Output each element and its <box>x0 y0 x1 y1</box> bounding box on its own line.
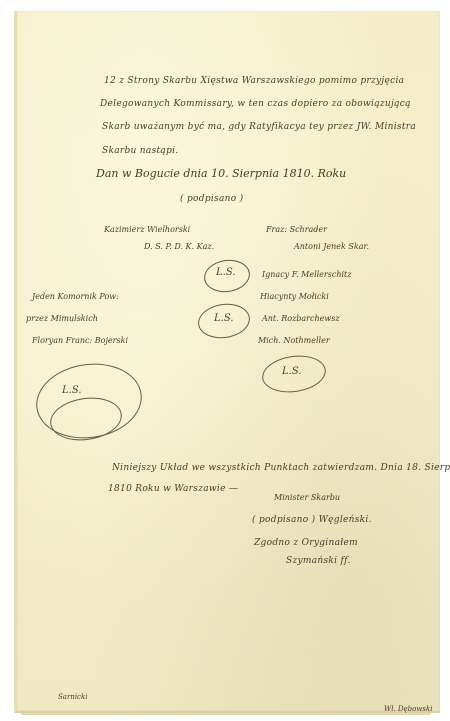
seal-label-4: L.S. <box>62 385 82 396</box>
seal-label-3: L.S. <box>282 366 302 377</box>
footer-left-signature: Sarnicki <box>58 693 87 701</box>
ratification-line-2: 1810 Roku w Warszawie — <box>108 484 238 494</box>
signatory-left-name: Kazimierz Wielhorski <box>104 225 190 234</box>
side-note-line-1: Jeden Komornik Pow: <box>32 292 119 301</box>
minister-title: Minister Skarbu <box>274 493 340 502</box>
seal-label-1: L.S. <box>216 267 236 278</box>
body-line-2: Delegowanych Kommissary, w ten czas dopi… <box>100 99 411 109</box>
signatory-right-4: Hiacynty Mołicki <box>260 292 329 301</box>
conformity-note: Zgodno z Oryginałem <box>254 538 358 548</box>
signatory-right-5: Ant. Rozbarchewsz <box>262 314 340 323</box>
body-line-1: 12 z Strony Skarbu Xięstwa Warszawskiego… <box>104 76 404 86</box>
manuscript-page <box>14 11 440 713</box>
side-note-line-3: Floryan Franc: Bojerski <box>32 336 128 345</box>
signatory-right-6: Mich. Nothmeller <box>258 336 330 345</box>
footer-right-signature: Wł. Dębowski <box>384 705 432 713</box>
signed-note: ( podpisano ) <box>180 194 243 204</box>
body-line-3: Skarb uważanym być ma, gdy Ratyfikacya t… <box>102 122 416 132</box>
signatory-right-3: Ignacy F. Mellerschitz <box>262 270 351 279</box>
dateline: Dan w Bogucie dnia 10. Sierpnia 1810. Ro… <box>96 167 346 180</box>
ratification-line-1: Niniejszy Układ we wszystkich Punktach z… <box>112 463 450 473</box>
signatory-right-1: Fraz: Schrader <box>266 225 327 234</box>
minister-signed: ( podpisano ) Węgleński. <box>252 515 372 525</box>
paper-edge-bottom <box>21 713 431 715</box>
seal-label-2: L.S. <box>214 313 234 324</box>
signatory-right-2: Antoni Jenek Skar. <box>294 242 369 251</box>
paper-edge-left <box>14 17 16 707</box>
body-line-4: Skarbu nastąpi. <box>102 146 178 156</box>
side-note-line-2: przez Mimulskich <box>26 314 98 323</box>
signatory-left-title: D. S. P. D. K. Kaz. <box>144 242 214 251</box>
conformity-signature: Szymański ff. <box>286 556 351 566</box>
